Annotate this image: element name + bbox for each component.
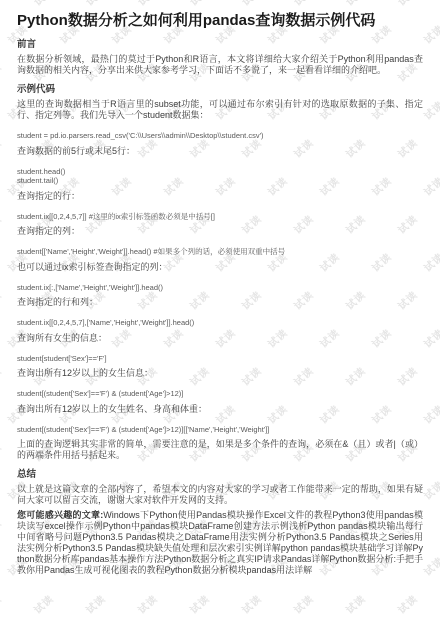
trial-watermark: 试读: [30, 591, 56, 617]
paragraph: 查询出所有12岁以上的女生信息：: [17, 368, 423, 379]
paragraph: 这里的查询数据相当于R语言里的subset功能，可以通过布尔索引有针对的选取原数…: [17, 99, 423, 121]
section-heading: 示例代码: [17, 85, 423, 95]
code-block: student[['Name','Height','Weight']].head…: [17, 247, 423, 257]
document-page: 试读试读试读试读试读试读试读试读试读试读试读试读试读试读试读试读试读试读试读试读…: [0, 0, 440, 620]
paragraph: 查询数据的前5行或末尾5行：: [17, 146, 423, 157]
trial-watermark: 试读: [134, 591, 160, 617]
trial-watermark: 试读: [82, 591, 108, 617]
article-content: Python数据分析之如何利用pandas查询数据示例代码 前言在数据分析领域，…: [0, 0, 440, 576]
page-title: Python数据分析之如何利用pandas查询数据示例代码: [17, 12, 423, 30]
trial-watermark: 试读: [238, 591, 264, 617]
code-block: student.ix[[0,2,4,5,7]] #这里的ix索引标签函数必须是中…: [17, 212, 423, 222]
related-articles-paragraph: 您可能感兴趣的文章:Windows下Python使用Pandas模块操作Exce…: [17, 510, 423, 576]
paragraph: 查询指定的行：: [17, 191, 423, 202]
paragraph: 查询指定的行和列：: [17, 297, 423, 308]
paragraph: 查询所有女生的信息：: [17, 333, 423, 344]
section-heading: 前言: [17, 40, 423, 50]
paragraph: 查询指定的列：: [17, 226, 423, 237]
code-block: student = pd.io.parsers.read_csv('C:\\Us…: [17, 131, 423, 141]
trial-watermark: 试读: [342, 591, 368, 617]
trial-watermark: 试读: [186, 591, 212, 617]
paragraph: 上面的查询逻辑其实非常的简单，需要注意的是，如果是多个条件的查询，必须在&（且）…: [17, 439, 423, 461]
trial-watermark: 试读: [394, 591, 420, 617]
code-block: student.ix[:,['Name','Height','Weight']]…: [17, 283, 423, 293]
code-block: student[(student['Sex']=='F') & (student…: [17, 389, 423, 399]
trial-watermark: 试读: [290, 591, 316, 617]
paragraph: 也可以通过ix索引标签查询指定的列：: [17, 262, 423, 273]
section-heading: 总结: [17, 470, 423, 480]
code-block: student.head() student.tail(): [17, 167, 423, 186]
code-block: student[student['Sex']=='F']: [17, 354, 423, 364]
trial-watermark: 试读: [0, 591, 4, 617]
paragraph: 以上就是这篇文章的全部内容了，希望本文的内容对大家的学习或者工作能带来一定的帮助…: [17, 484, 423, 506]
article-body: 前言在数据分析领域，最热门的莫过于Python和R语言，本文将详细给大家介绍关于…: [17, 40, 423, 576]
related-articles-lead: 您可能感兴趣的文章:: [17, 510, 103, 520]
code-block: student.ix[[0,2,4,5,7],['Name','Height',…: [17, 318, 423, 328]
paragraph: 在数据分析领域，最热门的莫过于Python和R语言，本文将详细给大家介绍关于Py…: [17, 54, 423, 76]
paragraph: 查询出所有12岁以上的女生姓名、身高和体重：: [17, 404, 423, 415]
code-block: student[(student['Sex']=='F') & (student…: [17, 425, 423, 435]
